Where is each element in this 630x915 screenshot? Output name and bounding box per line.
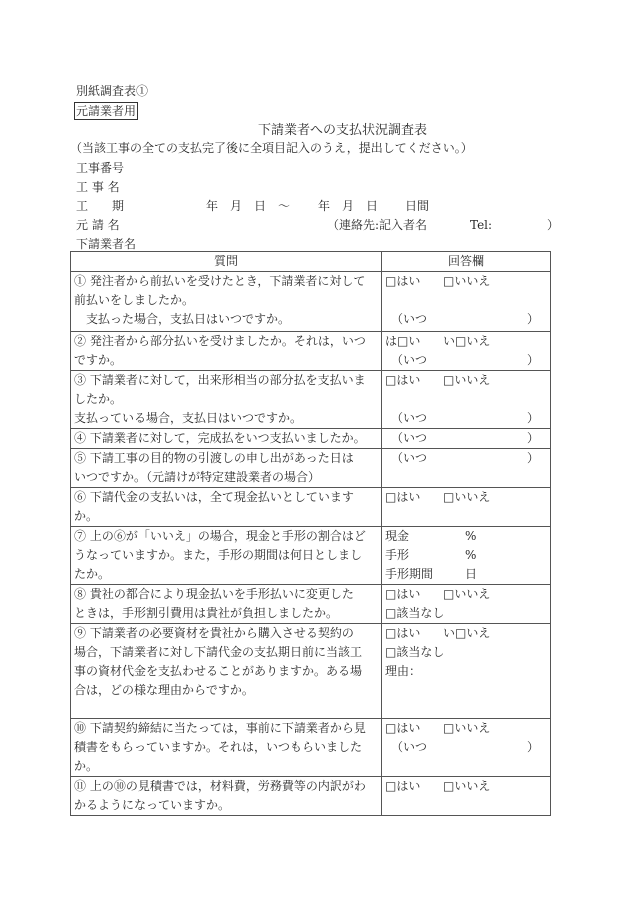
question-cell: ② 発注者から部分払いを受けましたか。それは，いつ ですか。	[71, 332, 382, 371]
note-ratio-field[interactable]: 手形%	[385, 546, 547, 565]
table-row: ⑧ 貴社の都合により現金払いを手形払いに変更した ときは，手形割引費用は貴社が負…	[71, 585, 551, 624]
question-text: ④ 下請業者に対して，完成払をいつ支払いましたか。	[74, 429, 378, 448]
survey-table: 質問 回答欄 ① 発注者から前払いを受けたとき，下請業者に対して 前払いをしまし…	[70, 251, 551, 816]
no-checkbox[interactable]: □いいえ	[443, 371, 490, 390]
note-label: 手形	[385, 546, 465, 565]
no-checkbox[interactable]: □いいえ	[443, 488, 490, 507]
project-name-label: 工 事 名	[76, 178, 120, 197]
question-text: ⑪ 上の⑩の見積書では，材料費，労務費等の内訳がわ	[74, 777, 378, 796]
question-text: うなっていますか。また，手形の期間は何日としまし	[74, 546, 378, 565]
table-row: ⑦ 上の⑥が「いいえ」の場合，現金と手形の割合はど うなっていますか。また，手形…	[71, 527, 551, 585]
answer-cell: （いつ）	[382, 449, 551, 488]
question-text: ⑨ 下請業者の必要資材を貴社から購入させる契約の	[74, 624, 378, 643]
project-number-label: 工事番号	[76, 159, 124, 178]
question-header: 質問	[71, 252, 382, 272]
table-row: ④ 下請業者に対して，完成払をいつ支払いましたか。 （いつ）	[71, 429, 551, 449]
answer-cell: □はい□いいえ （いつ）	[382, 719, 551, 777]
document-label: 別紙調査表①	[76, 82, 148, 101]
no-checkbox[interactable]: □いいえ	[443, 272, 490, 291]
answer-cell: □はいい□いえ □該当なし 理由：	[382, 624, 551, 719]
no-checkbox[interactable]: □いいえ	[443, 777, 490, 796]
paren-close: ）	[527, 409, 539, 428]
question-cell: ① 発注者から前払いを受けたとき，下請業者に対して 前払いをしましたか。 支払っ…	[71, 272, 382, 332]
question-text: ② 発注者から部分払いを受けましたか。それは，いつ	[74, 332, 378, 351]
instruction-text: （当該工事の全ての支払完了後に全項目記入のうえ，提出してください。）	[70, 139, 473, 158]
table-row: ⑥ 下請代金の支払いは，全て現金払いとしています か。 □はい□いいえ	[71, 488, 551, 527]
question-text: したか。	[74, 390, 378, 409]
question-text: かるようになっていますか。	[74, 796, 378, 815]
date-field[interactable]: （いつ）	[385, 429, 539, 448]
cash-label: 現金	[385, 527, 465, 546]
table-row: ⑨ 下請業者の必要資材を貴社から購入させる契約の 場合，下請業者に対し下請代金の…	[71, 624, 551, 719]
question-cell: ⑩ 下請契約締結に当たっては，事前に下請業者から見 積書をもらっていますか。それ…	[71, 719, 382, 777]
answer-cell: □はい□いいえ	[382, 777, 551, 816]
tel-label: Tel:	[470, 216, 492, 235]
question-text: ③ 下請業者に対して，出来形相当の部分払を支払いま	[74, 371, 378, 390]
not-applicable-checkbox[interactable]: □該当なし	[385, 643, 547, 662]
date-field[interactable]: （いつ）	[385, 310, 539, 329]
question-text: 前払いをしましたか。	[74, 291, 378, 310]
question-text: たか。	[74, 565, 378, 584]
question-cell: ⑧ 貴社の都合により現金払いを手形払いに変更した ときは，手形割引費用は貴社が負…	[71, 585, 382, 624]
answer-header: 回答欄	[382, 252, 551, 272]
question-text: 支払っている場合，支払日はいつですか。	[74, 409, 378, 428]
question-text: ⑦ 上の⑥が「いいえ」の場合，現金と手形の割合はど	[74, 527, 378, 546]
term-label: 手形期間	[385, 565, 465, 584]
answer-cell: □はい□いいえ □該当なし	[382, 585, 551, 624]
question-cell: ③ 下請業者に対して，出来形相当の部分払を支払いま したか。 支払っている場合，…	[71, 371, 382, 429]
when-label: （いつ	[391, 738, 427, 757]
paren-close: ）	[527, 449, 539, 468]
yes-checkbox[interactable]: は□い	[385, 332, 443, 351]
yes-checkbox[interactable]: □はい	[385, 488, 443, 507]
no-checkbox[interactable]: □いいえ	[443, 585, 490, 604]
recipient-stamp: 元請業者用	[74, 102, 138, 120]
question-text: ですか。	[74, 351, 378, 370]
contact-close: ）	[547, 216, 559, 235]
contact-label: （連絡先:記入者名	[327, 216, 427, 235]
table-row: ⑩ 下請契約締結に当たっては，事前に下請業者から見 積書をもらっていますか。それ…	[71, 719, 551, 777]
question-text: いつですか。（元請けが特定建設業者の場合）	[74, 468, 378, 487]
period-label: 工 期	[76, 197, 124, 216]
period-days: 日間	[405, 197, 429, 216]
question-text: ⑥ 下請代金の支払いは，全て現金払いとしています	[74, 488, 378, 507]
question-text: ① 発注者から前払いを受けたとき，下請業者に対して	[74, 272, 378, 291]
question-text: ⑩ 下請契約締結に当たっては，事前に下請業者から見	[74, 719, 378, 738]
question-cell: ⑦ 上の⑥が「いいえ」の場合，現金と手形の割合はど うなっていますか。また，手形…	[71, 527, 382, 585]
when-label: （いつ	[391, 351, 427, 370]
not-applicable-checkbox[interactable]: □該当なし	[385, 604, 547, 623]
answer-cell: □はい□いいえ	[382, 488, 551, 527]
when-label: （いつ	[391, 429, 427, 448]
table-header-row: 質問 回答欄	[71, 252, 551, 272]
paren-close: ）	[527, 738, 539, 757]
period-from: 年 月 日 ～	[206, 197, 290, 216]
table-row: ② 発注者から部分払いを受けましたか。それは，いつ ですか。 は□いい□いえ （…	[71, 332, 551, 371]
paren-close: ）	[527, 310, 539, 329]
when-label: （いつ	[391, 449, 427, 468]
answer-cell: □はい□いいえ （いつ）	[382, 272, 551, 332]
question-text: か。	[74, 757, 378, 776]
question-text: か。	[74, 507, 378, 526]
yes-checkbox[interactable]: □はい	[385, 585, 443, 604]
days-unit: 日	[465, 565, 477, 584]
yes-checkbox[interactable]: □はい	[385, 272, 443, 291]
table-row: ① 発注者から前払いを受けたとき，下請業者に対して 前払いをしましたか。 支払っ…	[71, 272, 551, 332]
question-text: 積書をもらっていますか。それは，いつもらいました	[74, 738, 378, 757]
when-label: （いつ	[391, 310, 427, 329]
yes-checkbox[interactable]: □はい	[385, 719, 443, 738]
answer-cell: は□いい□いえ （いつ）	[382, 332, 551, 371]
no-checkbox[interactable]: □いいえ	[443, 719, 490, 738]
prime-contractor-label: 元 請 名	[76, 216, 120, 235]
when-label: （いつ	[391, 409, 427, 428]
paren-close: ）	[527, 351, 539, 370]
percent-unit: %	[465, 527, 476, 546]
question-text: 支払った場合，支払日はいつですか。	[74, 310, 378, 329]
question-cell: ④ 下請業者に対して，完成払をいつ支払いましたか。	[71, 429, 382, 449]
reason-field[interactable]: 理由：	[385, 662, 547, 681]
question-text: ⑤ 下請工事の目的物の引渡しの申し出があった日は	[74, 449, 378, 468]
question-cell: ⑪ 上の⑩の見積書では，材料費，労務費等の内訳がわ かるようになっていますか。	[71, 777, 382, 816]
period-to: 年 月 日	[318, 197, 378, 216]
paren-close: ）	[527, 429, 539, 448]
answer-cell: □はい□いいえ （いつ）	[382, 371, 551, 429]
page-title: 下請業者への支払状況調査表	[258, 121, 427, 140]
question-cell: ⑨ 下請業者の必要資材を貴社から購入させる契約の 場合，下請業者に対し下請代金の…	[71, 624, 382, 719]
no-checkbox[interactable]: い□いえ	[443, 332, 490, 351]
question-text: 場合，下請業者に対し下請代金の支払期日前に当該工	[74, 643, 378, 662]
answer-cell: （いつ）	[382, 429, 551, 449]
no-checkbox[interactable]: い□いえ	[443, 624, 490, 643]
table-row: ⑪ 上の⑩の見積書では，材料費，労務費等の内訳がわ かるようになっていますか。 …	[71, 777, 551, 816]
date-field[interactable]: （いつ）	[385, 351, 539, 370]
date-field[interactable]: （いつ）	[385, 738, 539, 757]
table-row: ⑤ 下請工事の目的物の引渡しの申し出があった日は いつですか。（元請けが特定建設…	[71, 449, 551, 488]
question-text: ⑧ 貴社の都合により現金払いを手形払いに変更した	[74, 585, 378, 604]
table-row: ③ 下請業者に対して，出来形相当の部分払を支払いま したか。 支払っている場合，…	[71, 371, 551, 429]
date-field[interactable]: （いつ）	[385, 409, 539, 428]
question-cell: ⑤ 下請工事の目的物の引渡しの申し出があった日は いつですか。（元請けが特定建設…	[71, 449, 382, 488]
yes-checkbox[interactable]: □はい	[385, 624, 443, 643]
date-field[interactable]: （いつ）	[385, 449, 539, 468]
question-cell: ⑥ 下請代金の支払いは，全て現金払いとしています か。	[71, 488, 382, 527]
percent-unit: %	[465, 546, 476, 565]
yes-checkbox[interactable]: □はい	[385, 371, 443, 390]
question-text: ときは，手形割引費用は貴社が負担しましたか。	[74, 604, 378, 623]
question-text: 合は，どの様な理由からですか。	[74, 681, 378, 700]
note-term-field[interactable]: 手形期間日	[385, 565, 547, 584]
yes-checkbox[interactable]: □はい	[385, 777, 443, 796]
cash-ratio-field[interactable]: 現金%	[385, 527, 547, 546]
answer-cell: 現金% 手形% 手形期間日	[382, 527, 551, 585]
question-text: 事の資材代金を支払わせることがありますか。ある場	[74, 662, 378, 681]
